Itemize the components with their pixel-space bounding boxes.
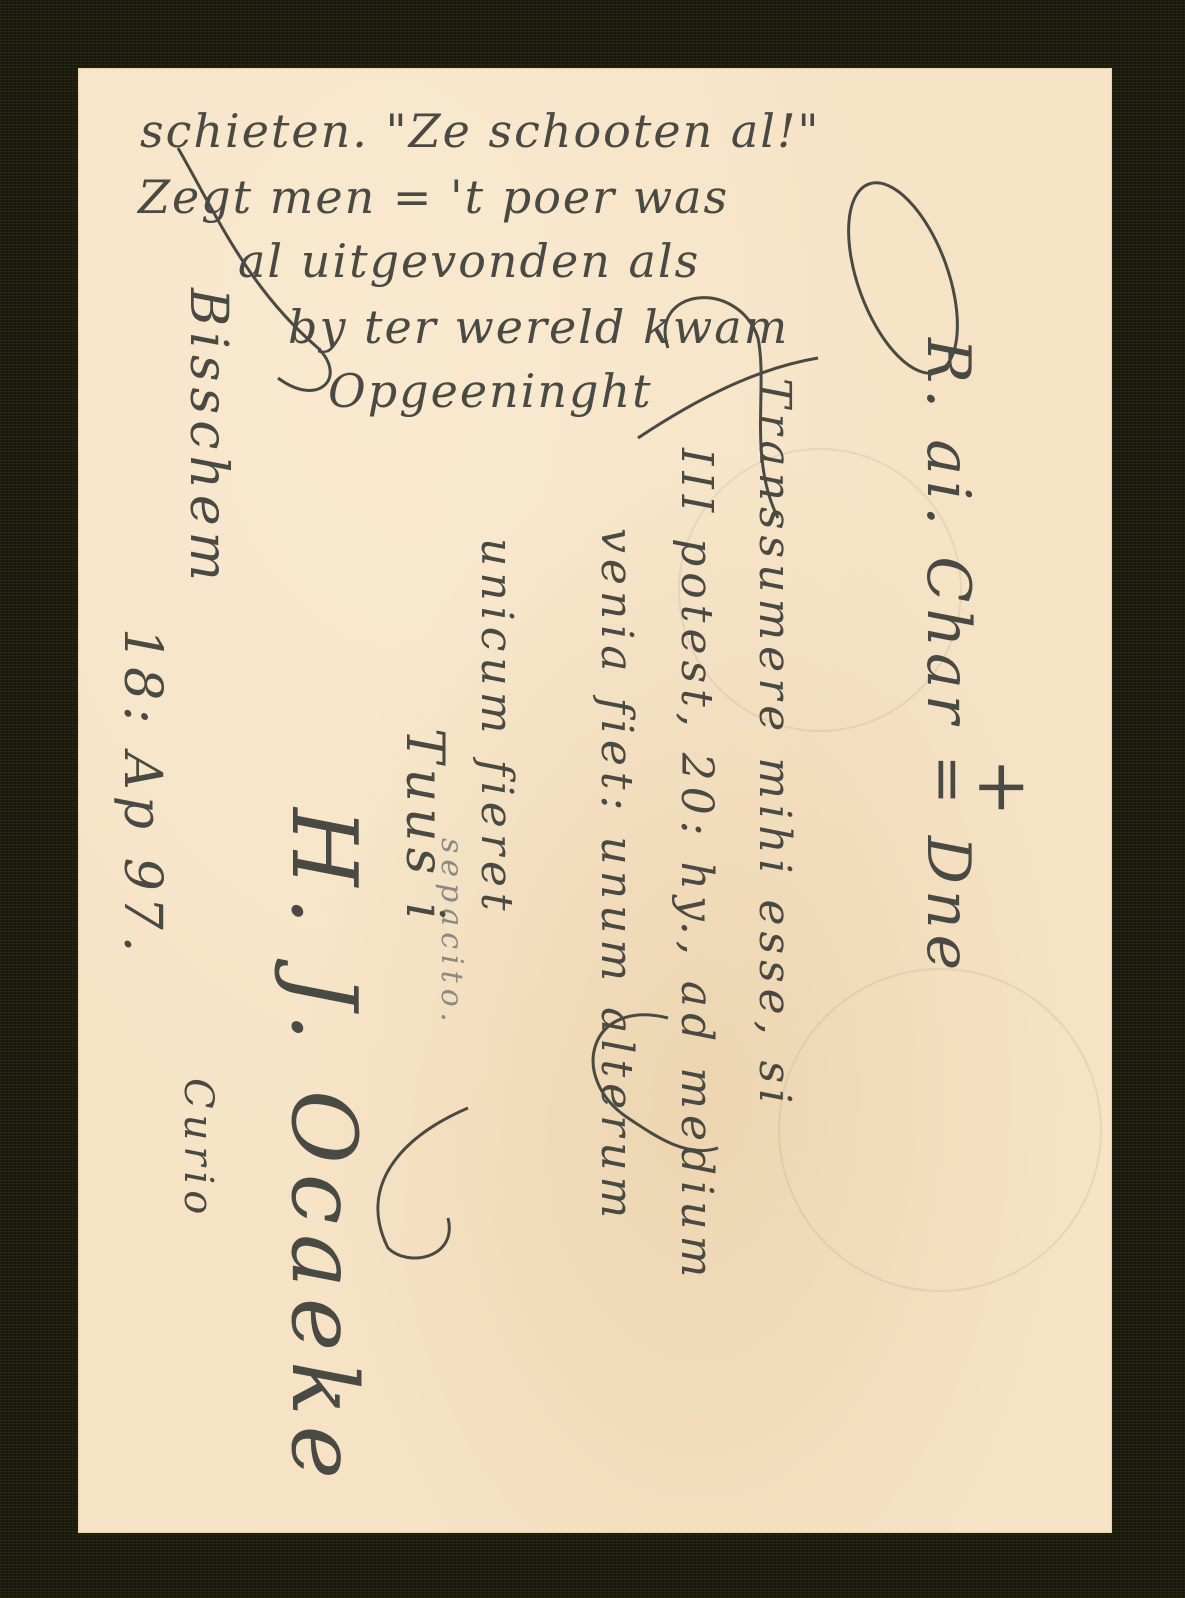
capital-d-flourish xyxy=(828,178,998,423)
date-text: 18: Ap 97. xyxy=(116,628,168,958)
latin-line-5: unicum fieret xyxy=(474,538,518,917)
signature-title: Curio xyxy=(178,1078,218,1220)
latin-closing: Tuus i xyxy=(398,728,450,926)
postcard: schieten. "Ze schooten al!" Zegt men = '… xyxy=(78,68,1112,1533)
capital-s-flourish xyxy=(338,1098,508,1273)
latin-line-1: R. ai. Char = Dne xyxy=(918,338,978,976)
capital-flourish-top xyxy=(158,138,358,413)
capital-t-flourish xyxy=(638,278,838,533)
dutch-line-5: Opgeeninght xyxy=(328,368,653,414)
postmark-ring xyxy=(778,968,1102,1292)
capital-j-flourish xyxy=(548,998,728,1183)
